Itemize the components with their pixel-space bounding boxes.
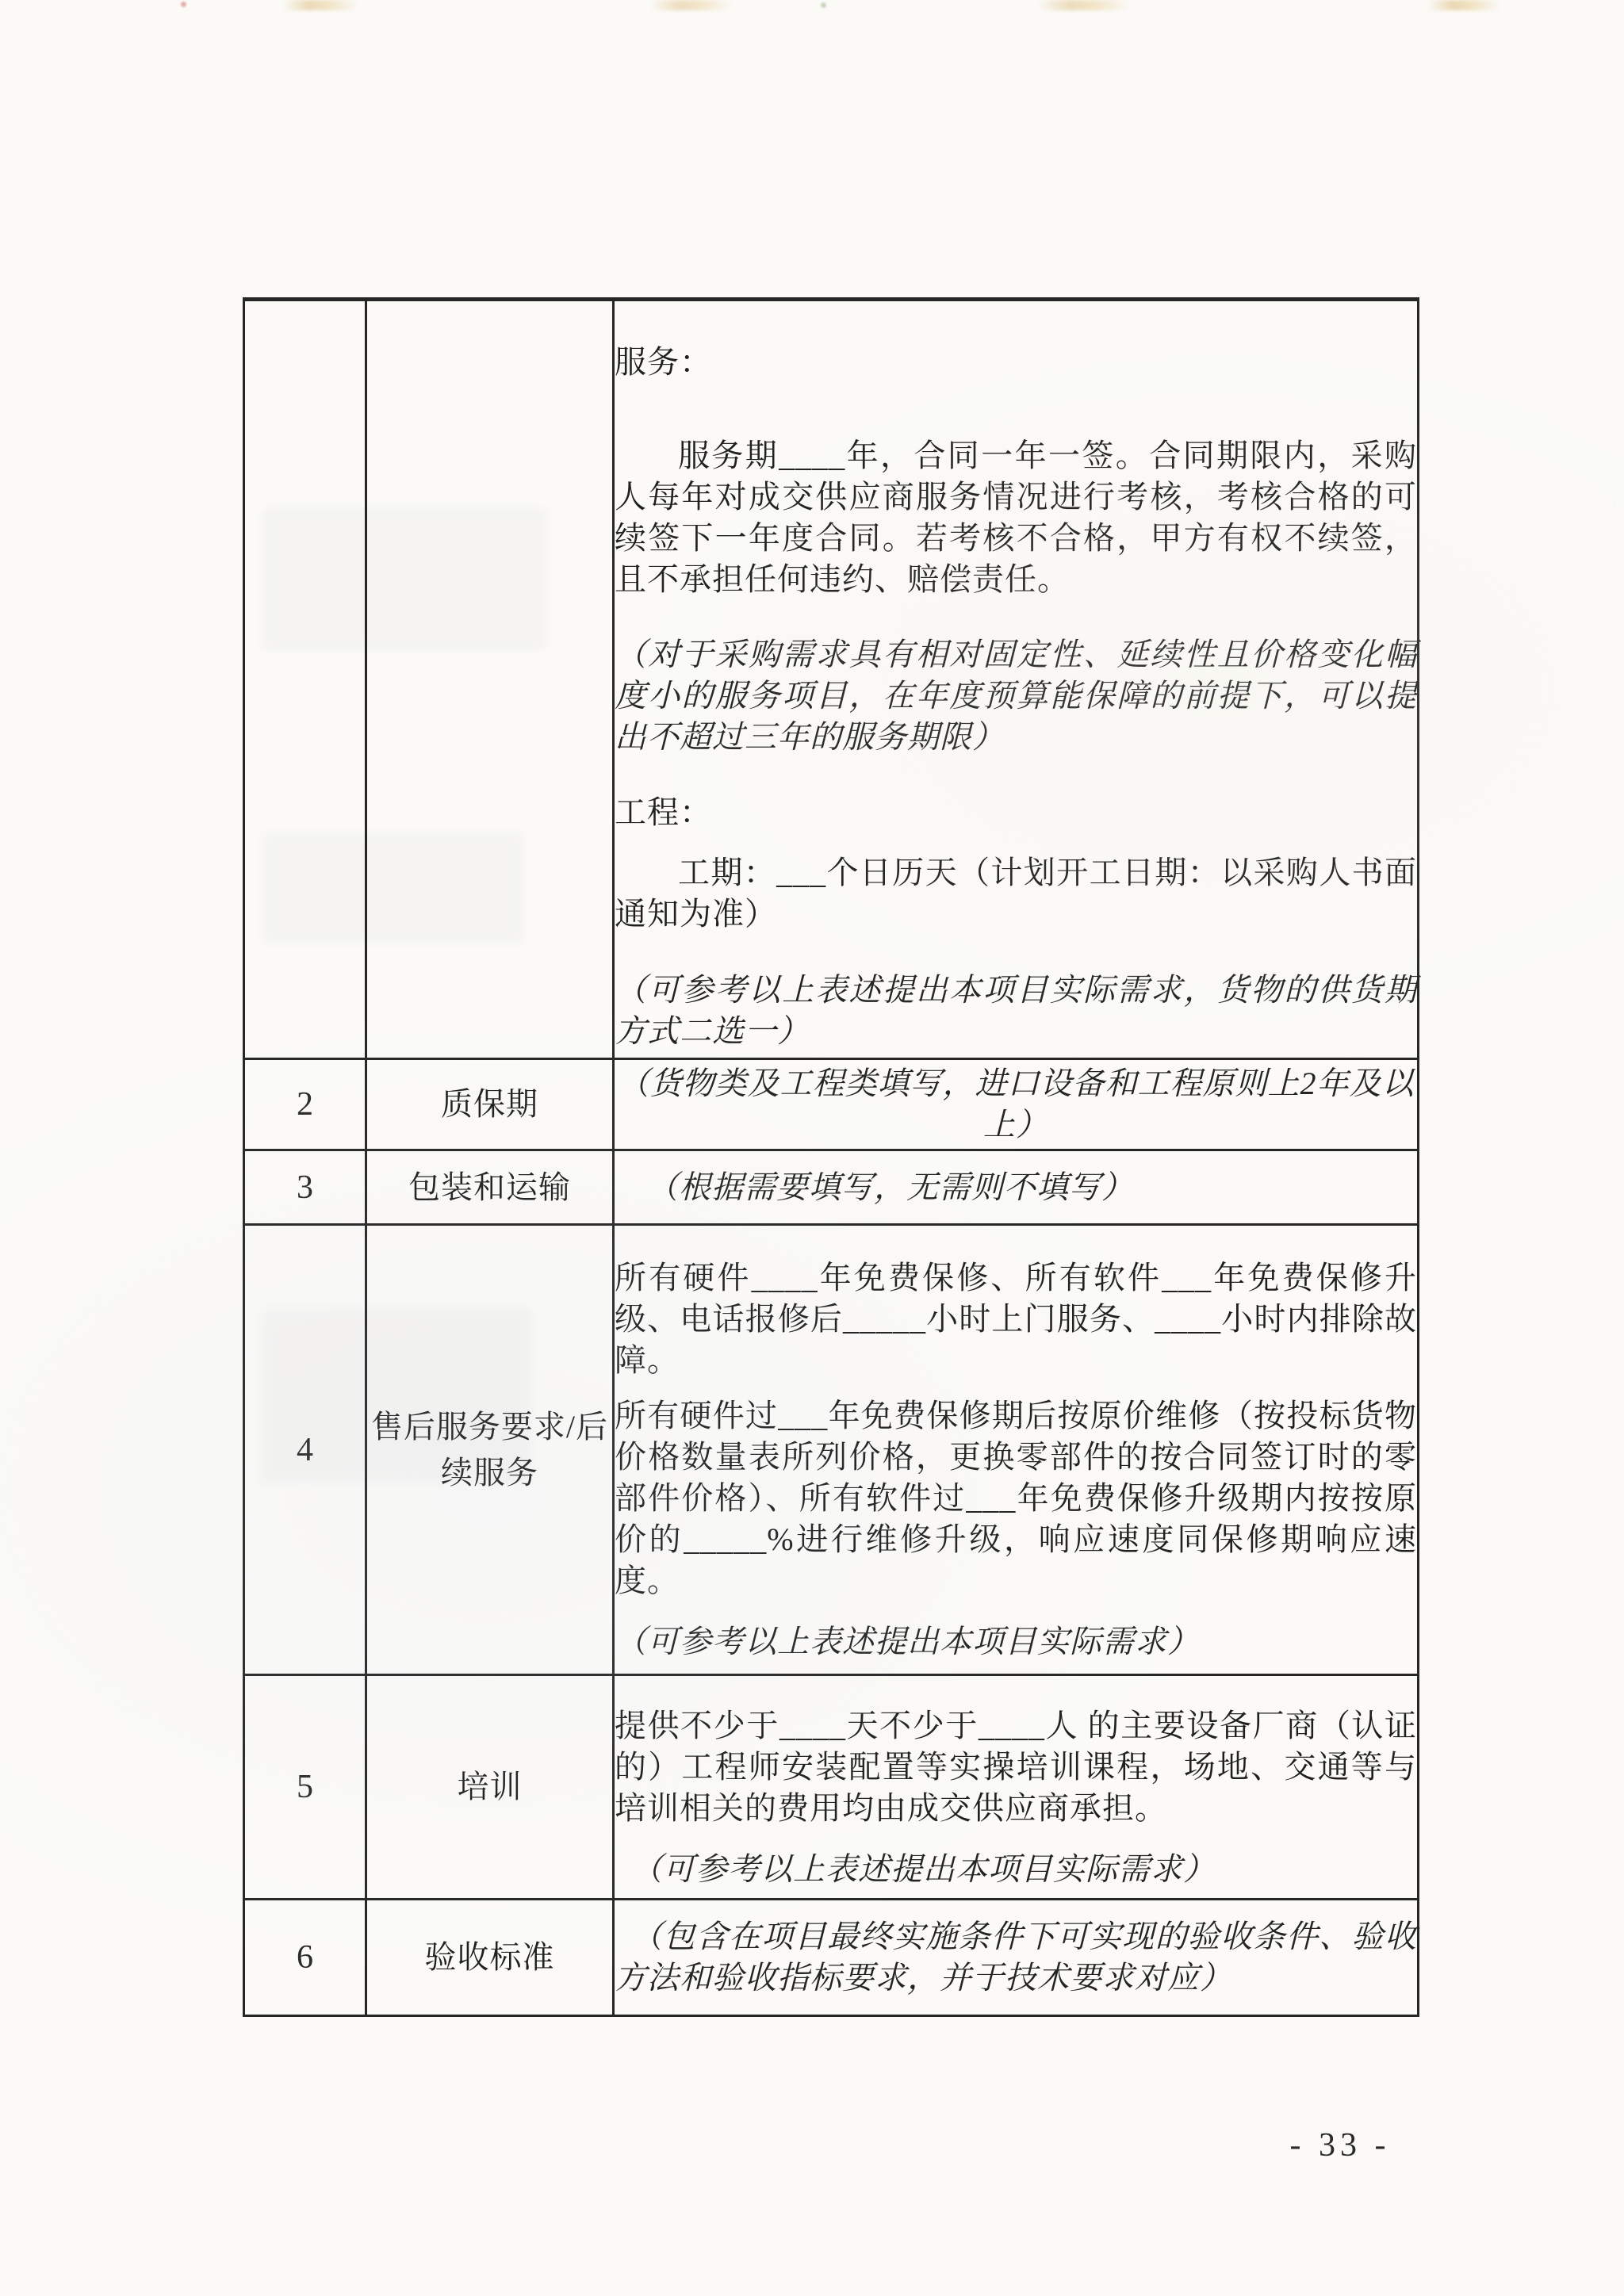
row-content-cell: （根据需要填写，无需则不填写） [614, 1150, 1419, 1225]
paragraph-training: 提供不少于____天不少于____人 的主要设备厂商（认证的）工程师安装配置等实… [615, 1705, 1417, 1829]
row-name: 售后服务要求/后续服务 [371, 1409, 608, 1490]
row-number: 4 [297, 1432, 313, 1468]
table-row-training: 5 培训 提供不少于____天不少于____人 的主要设备厂商（认证的）工程师安… [244, 1675, 1419, 1900]
table-row-warranty: 2 质保期 （货物类及工程类填写，进口设备和工程原则上2年及以上） [244, 1059, 1419, 1150]
scan-artifact [1037, 0, 1131, 10]
row-name-cell: 培训 [366, 1675, 614, 1900]
row-name: 验收标准 [425, 1939, 555, 1975]
table-row-service-period: 服务： 服务期____年，合同一年一签。合同期限内，采购人每年对成交供应商服务情… [244, 300, 1419, 1059]
row-content-cell: （包含在项目最终实施条件下可实现的验收条件、验收方法和验收指标要求，并于技术要求… [614, 1900, 1419, 2016]
row-content-cell: 所有硬件____年免费保修、所有软件___年免费保修升级、电话报修后_____小… [614, 1225, 1419, 1675]
table-row-acceptance: 6 验收标准 （包含在项目最终实施条件下可实现的验收条件、验收方法和验收指标要求… [244, 1900, 1419, 2016]
row-content-cell: 提供不少于____天不少于____人 的主要设备厂商（认证的）工程师安装配置等实… [614, 1675, 1419, 1900]
scan-speck [821, 2, 826, 8]
table-row-after-sales: 4 售后服务要求/后续服务 所有硬件____年免费保修、所有软件___年免费保修… [244, 1225, 1419, 1675]
paragraph-project-term: 工期：___个日历天（计划开工日期：以采购人书面通知为准） [615, 852, 1417, 935]
document-page: 服务： 服务期____年，合同一年一签。合同期限内，采购人每年对成交供应商服务情… [0, 0, 1624, 2296]
row-number: 2 [297, 1086, 313, 1123]
row-content-cell: 服务： 服务期____年，合同一年一签。合同期限内，采购人每年对成交供应商服务情… [614, 300, 1419, 1059]
row-name: 质保期 [441, 1086, 538, 1122]
scan-artifact [1427, 0, 1500, 10]
paragraph-project-heading: 工程： [615, 792, 1417, 833]
paragraph-paid-warranty: 所有硬件过___年免费保修期后按原价维修（按投标货物价格数量表所列价格，更换零部… [615, 1395, 1417, 1601]
page-number: - 33 - [1269, 2126, 1411, 2164]
note-warranty: （货物类及工程类填写，进口设备和工程原则上2年及以上） [615, 1063, 1417, 1146]
row-number-cell: 2 [244, 1059, 366, 1150]
paragraph-free-warranty: 所有硬件____年免费保修、所有软件___年免费保修升级、电话报修后_____小… [615, 1257, 1417, 1381]
row-number: 5 [297, 1769, 313, 1805]
procurement-spec-table: 服务： 服务期____年，合同一年一签。合同期限内，采购人每年对成交供应商服务情… [243, 297, 1419, 2017]
row-number: 6 [297, 1939, 313, 1976]
note-packing: （根据需要填写，无需则不填写） [615, 1167, 1417, 1208]
note-training: （可参考以上表述提出本项目实际需求） [615, 1849, 1417, 1890]
scan-artifact [650, 0, 733, 10]
row-name-cell: 包装和运输 [366, 1150, 614, 1225]
note-acceptance: （包含在项目最终实施条件下可实现的验收条件、验收方法和验收指标要求，并于技术要求… [615, 1916, 1417, 1999]
note-project-term: （可参考以上表述提出本项目实际需求，货物的供货期方式二选一） [615, 970, 1417, 1052]
row-number: 3 [297, 1169, 313, 1206]
row-number-cell: 5 [244, 1675, 366, 1900]
row-number-cell: 6 [244, 1900, 366, 2016]
note-service-term: （对于采购需求具有相对固定性、延续性且价格变化幅度小的服务项目，在年度预算能保障… [615, 634, 1417, 758]
row-name-cell: 售后服务要求/后续服务 [366, 1225, 614, 1675]
row-name-cell: 验收标准 [366, 1900, 614, 2016]
row-content-cell: （货物类及工程类填写，进口设备和工程原则上2年及以上） [614, 1059, 1419, 1150]
row-name-cell [366, 300, 614, 1059]
row-name: 培训 [458, 1769, 523, 1804]
row-name-cell: 质保期 [366, 1059, 614, 1150]
table-row-packing-transport: 3 包装和运输 （根据需要填写，无需则不填写） [244, 1150, 1419, 1225]
row-number-cell [244, 300, 366, 1059]
row-name: 包装和运输 [408, 1169, 571, 1205]
note-after-sales: （可参考以上表述提出本项目实际需求） [615, 1621, 1417, 1663]
scan-artifact [282, 0, 358, 10]
paragraph-service-term: 服务期____年，合同一年一签。合同期限内，采购人每年对成交供应商服务情况进行考… [615, 435, 1417, 600]
scan-speck [181, 2, 186, 7]
paragraph-service-heading: 服务： [615, 342, 1417, 383]
row-number-cell: 4 [244, 1225, 366, 1675]
row-number-cell: 3 [244, 1150, 366, 1225]
